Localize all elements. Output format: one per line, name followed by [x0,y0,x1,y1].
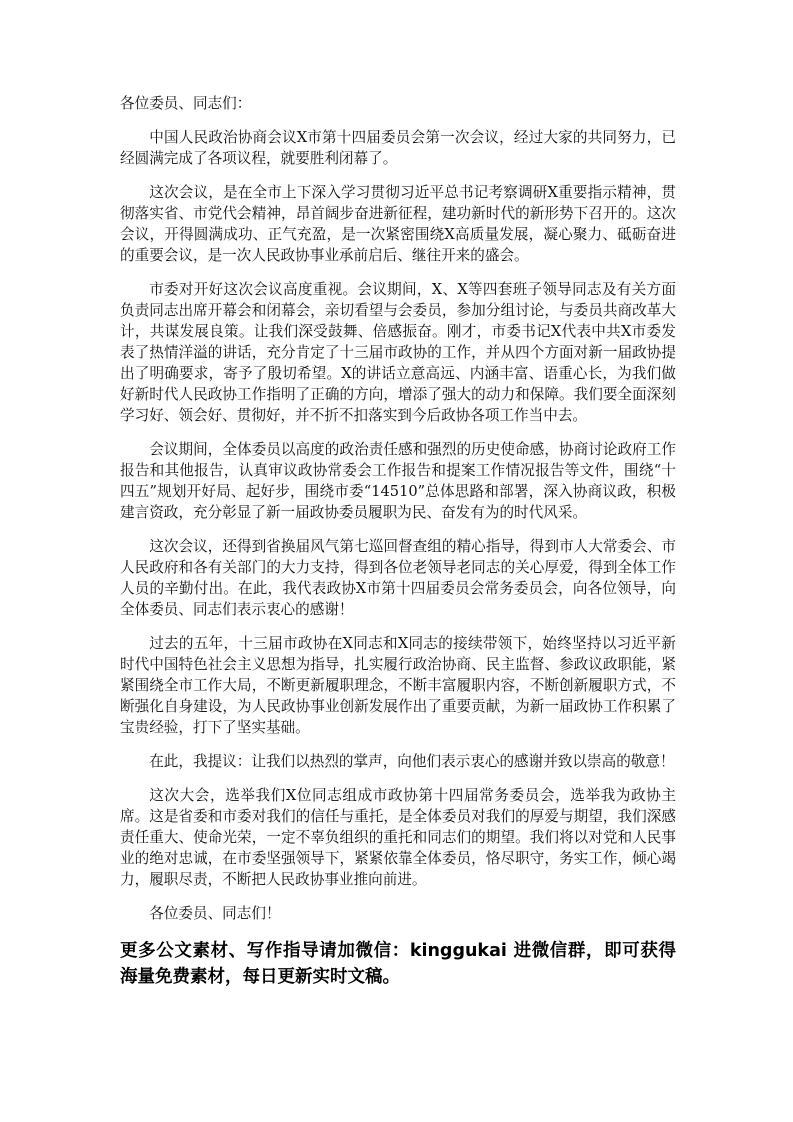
paragraph-election: 这次大会，选举我们X位同志组成市政协第十四届常务委员会，选举我为政协主席。这是省… [120,785,676,890]
paragraph-proposal: 在此，我提议：让我们以热烈的掌声，向他们表示衷心的感谢并致以崇高的敬意！ [120,751,676,772]
paragraph-members-discussion: 会议期间，全体委员以高度的政治责任感和强烈的历史使命感，协商讨论政府工作报告和其… [120,439,676,523]
paragraph-past-five-years: 过去的五年，十三届市政协在X同志和X同志的接续带领下，始终坚持以习近平新时代中国… [120,633,676,738]
salutation: 各位委员、同志们： [120,93,676,114]
paragraph-meeting-significance: 这次会议，是在全市上下深入学习贯彻习近平总书记考察调研X重要指示精神，贯彻落实省… [120,182,676,266]
paragraph-thanks: 这次会议，还得到省换届风气第七巡回督查组的精心指导，得到市人大常委会、市人民政府… [120,536,676,620]
document-page: 各位委员、同志们： 中国人民政治协商会议X市第十四届委员会第一次会议，经过大家的… [120,93,676,990]
paragraph-opening: 中国人民政治协商会议X市第十四届委员会第一次会议，经过大家的共同努力，已经圆满完… [120,127,676,169]
promo-footer: 更多公文素材、写作指导请加微信：kinggukai 进微信群，即可获得海量免费素… [120,938,676,990]
paragraph-party-committee: 市委对开好这次会议高度重视。会议期间，X、X等四套班子领导同志及有关方面负责同志… [120,279,676,426]
closing-address: 各位委员、同志们！ [120,903,676,924]
